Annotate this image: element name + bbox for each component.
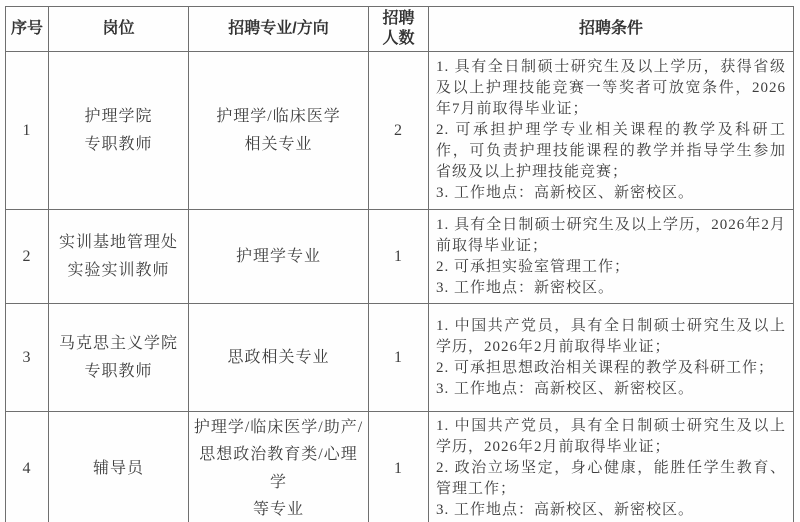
table-row: 2 实训基地管理处 实验实训教师 护理学专业 1 1. 具有全日制硕士研究生及以… [6,210,794,304]
cell-major: 思政相关专业 [189,304,369,412]
cell-major: 护理学/临床医学 相关专业 [189,52,369,210]
cell-position: 实训基地管理处 实验实训教师 [49,210,189,304]
condition-line: 2. 政治立场坚定，身心健康，能胜任学生教育、管理工作； [436,458,786,500]
cell-conditions: 1. 具有全日制硕士研究生及以上学历，2026年2月前取得毕业证； 2. 可承担… [429,210,794,304]
cell-conditions: 1. 中国共产党员，具有全日制硕士研究生及以上学历，2026年2月前取得毕业证；… [429,412,794,522]
cell-count: 1 [369,412,429,522]
cell-count: 1 [369,304,429,412]
condition-line: 3. 工作地点：高新校区、新密校区。 [436,379,786,400]
condition-line: 3. 工作地点：高新校区、新密校区。 [436,500,786,521]
cell-seq: 2 [6,210,49,304]
cell-position: 辅导员 [49,412,189,522]
condition-line: 2. 可承担思想政治相关课程的教学及科研工作； [436,358,786,379]
condition-line: 3. 工作地点：新密校区。 [436,278,786,299]
condition-line: 1. 具有全日制硕士研究生及以上学历，获得省级及以上护理技能竞赛一等奖者可放宽条… [436,57,786,120]
cell-position: 马克思主义学院 专职教师 [49,304,189,412]
cell-conditions: 1. 具有全日制硕士研究生及以上学历，获得省级及以上护理技能竞赛一等奖者可放宽条… [429,52,794,210]
condition-line: 2. 可承担护理学专业相关课程的教学及科研工作，可负责护理技能课程的教学并指导学… [436,120,786,183]
col-header-seq: 序号 [6,7,49,52]
cell-seq: 4 [6,412,49,522]
table-row: 4 辅导员 护理学/临床医学/助产/ 思想政治教育类/心理学 等专业 1 1. … [6,412,794,522]
table-row: 3 马克思主义学院 专职教师 思政相关专业 1 1. 中国共产党员，具有全日制硕… [6,304,794,412]
cell-count: 1 [369,210,429,304]
condition-line: 1. 中国共产党员，具有全日制硕士研究生及以上学历，2026年2月前取得毕业证； [436,316,786,358]
col-header-count: 招聘 人数 [369,7,429,52]
condition-line: 1. 中国共产党员，具有全日制硕士研究生及以上学历，2026年2月前取得毕业证； [436,416,786,458]
cell-major: 护理学/临床医学/助产/ 思想政治教育类/心理学 等专业 [189,412,369,522]
condition-line: 1. 具有全日制硕士研究生及以上学历，2026年2月前取得毕业证； [436,215,786,257]
cell-position: 护理学院 专职教师 [49,52,189,210]
recruitment-announcement-page: 序号 岗位 招聘专业/方向 招聘 人数 招聘条件 1 护理学院 专职教师 护理学… [0,0,800,522]
condition-line: 2. 可承担实验室管理工作； [436,257,786,278]
cell-seq: 1 [6,52,49,210]
cell-major: 护理学专业 [189,210,369,304]
header-row: 序号 岗位 招聘专业/方向 招聘 人数 招聘条件 [6,7,794,52]
col-header-position: 岗位 [49,7,189,52]
col-header-major: 招聘专业/方向 [189,7,369,52]
cell-seq: 3 [6,304,49,412]
col-header-conditions: 招聘条件 [429,7,794,52]
cell-conditions: 1. 中国共产党员，具有全日制硕士研究生及以上学历，2026年2月前取得毕业证；… [429,304,794,412]
recruitment-table: 序号 岗位 招聘专业/方向 招聘 人数 招聘条件 1 护理学院 专职教师 护理学… [5,6,794,522]
cell-count: 2 [369,52,429,210]
condition-line: 3. 工作地点：高新校区、新密校区。 [436,183,786,204]
table-row: 1 护理学院 专职教师 护理学/临床医学 相关专业 2 1. 具有全日制硕士研究… [6,52,794,210]
